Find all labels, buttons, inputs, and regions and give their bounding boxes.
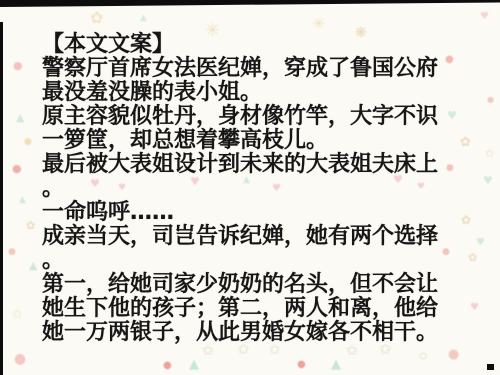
dot-icon: ● bbox=[448, 348, 459, 361]
synopsis-line: 最没羞没臊的表小姐。 bbox=[42, 81, 438, 105]
synopsis-line: 。 bbox=[42, 177, 438, 201]
triangle-icon: ▲ bbox=[331, 358, 341, 371]
heart-icon: ♥ bbox=[470, 303, 479, 313]
flower-icon: ✿ bbox=[461, 214, 471, 226]
synopsis-line: 一箩筐，却总想着攀高枝儿。 bbox=[42, 129, 438, 153]
dot-icon: ● bbox=[12, 163, 22, 174]
star-icon: ✩ bbox=[269, 343, 281, 357]
triangle-icon: ▲ bbox=[189, 358, 199, 371]
star-icon: ✩ bbox=[485, 148, 494, 159]
heart-icon: ♥ bbox=[447, 110, 457, 121]
corner-artifact-mark bbox=[487, 364, 494, 370]
dot-icon: ● bbox=[445, 55, 454, 65]
synopsis-line: 警察厅首席女法医纪婵，穿成了鲁国公府 bbox=[42, 57, 438, 81]
heart-icon: ♥ bbox=[483, 175, 493, 186]
synopsis-line: 原主容貌似牡丹，身材像竹竿，大字不识 bbox=[42, 105, 438, 129]
synopsis-line: 成亲当天，司岂告诉纪婵，她有两个选择 bbox=[42, 225, 438, 249]
dot-icon: ● bbox=[8, 248, 16, 257]
left-frame-border bbox=[0, 22, 3, 375]
heart-icon: ♥ bbox=[480, 12, 489, 22]
flower-icon: ✿ bbox=[468, 252, 477, 263]
dot-icon: ● bbox=[14, 352, 26, 366]
sparkle-icon: ✳ bbox=[312, 16, 325, 32]
synopsis-line: 第一，给她司家少奶奶的名头，但不会让 bbox=[42, 273, 438, 297]
synopsis-line: 。 bbox=[42, 249, 438, 273]
star-icon: ✩ bbox=[418, 350, 428, 362]
star-icon: ✩ bbox=[346, 344, 358, 358]
dot-icon: ● bbox=[163, 361, 172, 371]
heart-icon: ♥ bbox=[476, 238, 485, 248]
flower-icon: ✿ bbox=[26, 220, 35, 231]
flower-icon: ✿ bbox=[460, 136, 471, 149]
synopsis-text: 【本文文案】 警察厅首席女法医纪婵，穿成了鲁国公府 最没羞没臊的表小姐。 原主容… bbox=[42, 33, 438, 345]
synopsis-line: 她生下他的孩子；第二，两人和离，他给 bbox=[42, 297, 438, 321]
flower-icon: ✿ bbox=[90, 10, 103, 26]
triangle-icon: ▲ bbox=[29, 260, 37, 271]
synopsis-title: 【本文文案】 bbox=[42, 33, 438, 57]
dot-icon: ● bbox=[24, 138, 32, 147]
dot-icon: ● bbox=[446, 164, 454, 173]
synopsis-line: 一命呜呼…… bbox=[42, 201, 438, 225]
triangle-icon: ▲ bbox=[19, 196, 26, 205]
dot-icon: ● bbox=[487, 96, 494, 104]
star-icon: ✩ bbox=[12, 308, 22, 320]
star-icon: ✩ bbox=[202, 344, 214, 358]
dot-icon: ● bbox=[442, 248, 450, 257]
triangle-icon: ▲ bbox=[16, 112, 24, 123]
dot-icon: ● bbox=[297, 360, 306, 370]
synopsis-card: ✿✳✳❋▲♥●●●▲●●▲✿●▲✩●♥♥♥▲♥♥♥♥✿✩●♥✿♥●✿♥●▲✩✩✩… bbox=[0, 0, 500, 375]
synopsis-line: 最后被大表姐设计到未来的大表姐夫床上 bbox=[42, 153, 438, 177]
triangle-icon: ▲ bbox=[140, 14, 147, 23]
dot-icon: ● bbox=[13, 60, 23, 71]
synopsis-line: 她一万两银子，从此男婚女嫁各不相干。 bbox=[42, 321, 438, 345]
